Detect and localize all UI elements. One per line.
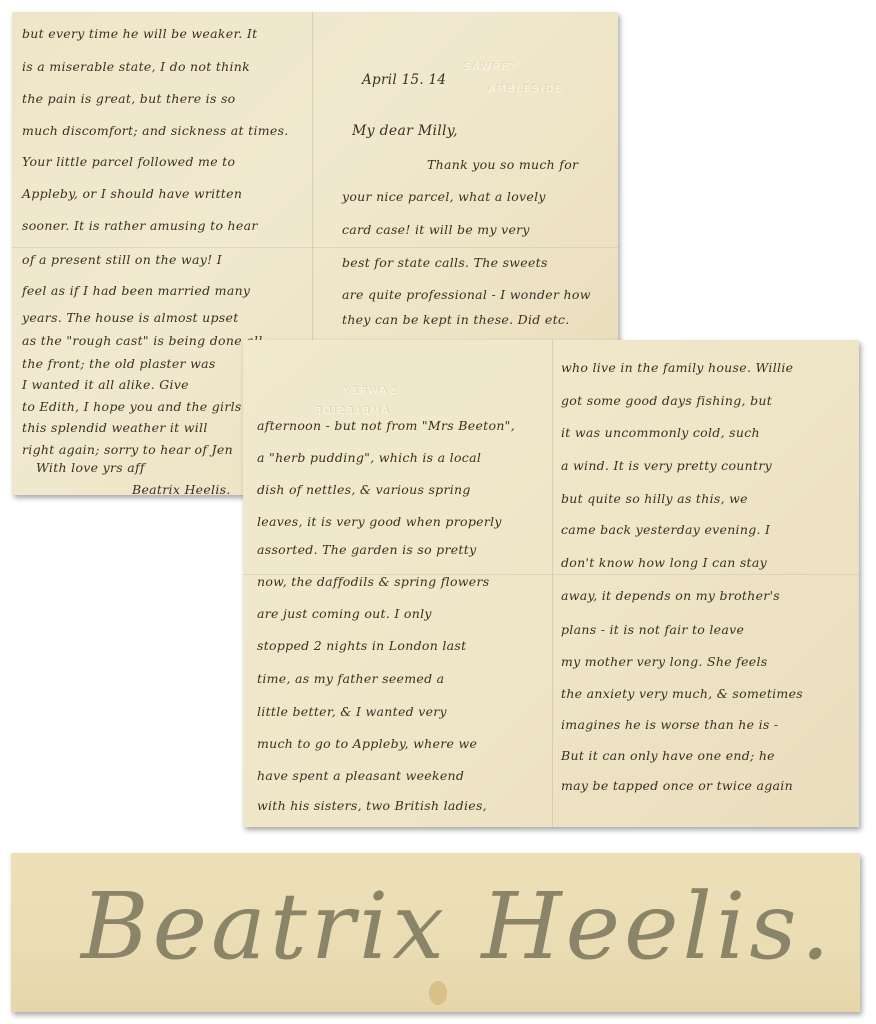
text-line: as the "rough cast" is being done all xyxy=(22,335,263,348)
text-line: may be tapped once or twice again xyxy=(561,780,793,793)
letterhead-mirrored-ambleside: AMBLESIDE xyxy=(313,406,389,417)
closing-line: With love yrs aff xyxy=(36,462,145,475)
text-line: don't know how long I can stay xyxy=(561,557,767,570)
text-line: card case! it will be my very xyxy=(342,224,530,237)
text-line: But it can only have one end; he xyxy=(561,750,775,763)
text-line: imagines he is worse than he is - xyxy=(561,719,778,732)
text-line: is a miserable state, I do not think xyxy=(22,61,250,74)
text-line: got some good days fishing, but xyxy=(561,395,772,408)
text-line: Your little parcel followed me to xyxy=(22,156,235,169)
text-line: came back yesterday evening. I xyxy=(561,524,770,537)
text-line: Thank you so much for xyxy=(427,159,578,172)
text-line: much discomfort; and sickness at times. xyxy=(22,125,289,138)
salutation: My dear Milly, xyxy=(352,124,458,138)
text-line: to Edith, I hope you and the girls xyxy=(22,401,242,414)
text-line: dish of nettles, & various spring xyxy=(257,484,471,497)
text-line: this splendid weather it will xyxy=(22,422,208,435)
text-line: afternoon - but not from "Mrs Beeton", xyxy=(257,420,515,433)
text-line: they can be kept in these. Did etc. xyxy=(342,314,569,327)
text-line: years. The house is almost upset xyxy=(22,312,239,325)
text-line: Appleby, or I should have written xyxy=(22,188,242,201)
text-line: assorted. The garden is so pretty xyxy=(257,544,476,557)
text-line: right again; sorry to hear of Jen xyxy=(22,444,233,457)
text-line: with his sisters, two British ladies, xyxy=(257,800,487,813)
text-line: stopped 2 nights in London last xyxy=(257,640,466,653)
letter-page-2: SAWREY AMBLESIDE afternoon - but not fro… xyxy=(243,340,859,827)
text-line: the anxiety very much, & sometimes xyxy=(561,688,803,701)
text-line: who live in the family house. Willie xyxy=(561,362,793,375)
text-line: sooner. It is rather amusing to hear xyxy=(22,220,258,233)
signature-enlarged: Beatrix Heelis. xyxy=(81,881,834,973)
horizontal-fold-crease xyxy=(12,247,618,249)
text-line: your nice parcel, what a lovely xyxy=(342,191,546,204)
letterhead-sawrey: SAWREY xyxy=(464,62,518,73)
text-line: the front; the old plaster was xyxy=(22,358,216,371)
text-line: time, as my father seemed a xyxy=(257,673,444,686)
text-line: little better, & I wanted very xyxy=(257,706,447,719)
signature-detail-strip: Beatrix Heelis. xyxy=(11,853,860,1012)
paper-stain xyxy=(429,981,447,1005)
text-line: away, it depends on my brother's xyxy=(561,590,780,603)
text-line: are just coming out. I only xyxy=(257,608,432,621)
vertical-fold-crease xyxy=(552,340,554,827)
text-line: but quite so hilly as this, we xyxy=(561,493,748,506)
text-line: of a present still on the way! I xyxy=(22,254,222,267)
letterhead-ambleside: AMBLESIDE xyxy=(488,84,564,95)
letterhead-mirrored-sawrey: SAWREY xyxy=(341,386,395,397)
text-line: a wind. It is very pretty country xyxy=(561,460,772,473)
text-line: best for state calls. The sweets xyxy=(342,257,548,270)
text-line: but every time he will be weaker. It xyxy=(22,28,257,41)
letter-date: April 15. 14 xyxy=(362,74,446,88)
text-line: plans - it is not fair to leave xyxy=(561,624,744,637)
text-line: my mother very long. She feels xyxy=(561,656,768,669)
signature-small: Beatrix Heelis. xyxy=(132,484,231,497)
text-line: much to go to Appleby, where we xyxy=(257,738,477,751)
text-line: the pain is great, but there is so xyxy=(22,93,236,106)
text-line: feel as if I had been married many xyxy=(22,285,250,298)
text-line: I wanted it all alike. Give xyxy=(22,379,189,392)
text-line: a "herb pudding", which is a local xyxy=(257,452,481,465)
text-line: have spent a pleasant weekend xyxy=(257,770,464,783)
text-line: it was uncommonly cold, such xyxy=(561,427,760,440)
text-line: are quite professional - I wonder how xyxy=(342,289,591,302)
text-line: now, the daffodils & spring flowers xyxy=(257,576,489,589)
text-line: leaves, it is very good when properly xyxy=(257,516,502,529)
